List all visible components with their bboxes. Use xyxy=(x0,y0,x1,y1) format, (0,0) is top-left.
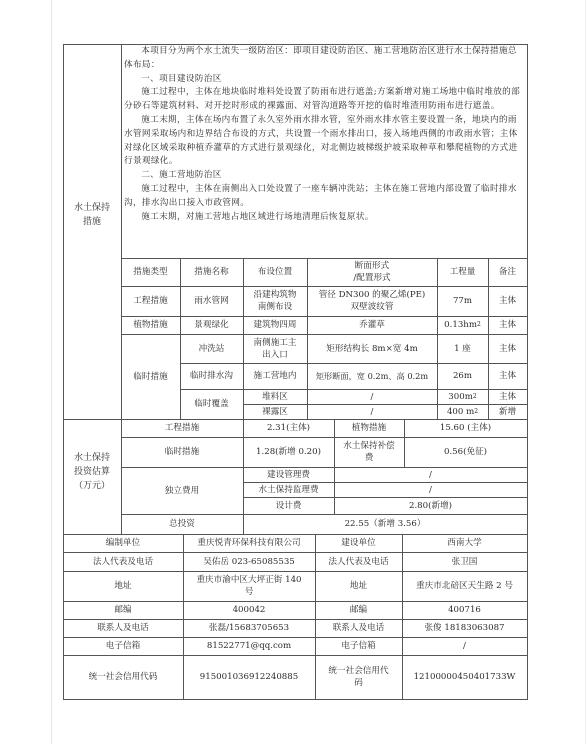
supervision-label: 水土保持监理费 xyxy=(243,482,334,497)
row3-location-line-2: 出入口 xyxy=(262,349,288,361)
row3-location: 南侧施工主 出入口 xyxy=(243,334,307,363)
page-left-edge xyxy=(51,0,52,744)
supervision-value: / xyxy=(334,482,527,497)
preparer-legal-rep-label: 法人代表及电话 xyxy=(63,552,183,571)
compensation-label: 水土保持补偿 费 xyxy=(334,437,404,467)
row3-location-line-1: 南侧施工主 xyxy=(254,337,297,349)
row1-name: 雨水管网 xyxy=(180,286,243,316)
total-label: 总投资 xyxy=(121,514,243,534)
preparer-address-value: 重庆市渝中区大坪正街 140 号 xyxy=(183,571,315,601)
engineering-value: 2.31(主体) xyxy=(243,419,334,437)
measures-description: 本项目分为两个水土流失一级防治区：即项目建设防治区、施工营地防治区进行水土保持措… xyxy=(124,45,522,224)
row3-quantity: 1 座 xyxy=(437,334,488,363)
paragraph-project-construction: 施工过程中，主体在地块临时堆料处设置了防雨布进行遮盖;方案新增对施工场地中临时堆… xyxy=(124,86,522,114)
preparer-postcode-value: 400042 xyxy=(183,601,315,619)
paragraph-heading-project-zone: 一、项目建设防治区 xyxy=(124,73,522,87)
row6-note: 新增 xyxy=(488,404,527,419)
row4-name: 临时排水沟 xyxy=(180,363,243,389)
preparer-credit-code-value: 915001036912240885 xyxy=(183,655,315,699)
temporary-value: 1.28(新增 0.20) xyxy=(243,437,334,467)
construction-management-value: / xyxy=(334,467,527,482)
paragraph-camp-construction: 施工过程中，主体在南侧出入口处设置了一座车辆冲洗站；主体在施工营地内部设置了临时… xyxy=(124,183,522,211)
row1-section-line-1: 管径 DN300 的聚乙烯(PE) xyxy=(319,289,426,301)
row2-type: 植物措施 xyxy=(121,316,180,334)
row5-name: 临时覆盖 xyxy=(180,389,243,419)
row1-note: 主体 xyxy=(488,286,527,316)
page-right-edge xyxy=(585,0,586,744)
row6-quantity-value: 400 m xyxy=(447,406,474,418)
header-note: 备注 xyxy=(488,258,527,286)
header-measure-type: 措施类型 xyxy=(121,258,180,286)
header-location: 布设位置 xyxy=(243,258,307,286)
row1-location-line-1: 沿建构筑物 xyxy=(254,289,297,301)
paragraph-heading-camp-zone: 二、施工营地防治区 xyxy=(124,169,522,183)
temporary-label: 临时措施 xyxy=(121,437,243,467)
row2-quantity-value: 0.13hm xyxy=(444,319,477,331)
investment-label-line-3: （万元） xyxy=(74,479,110,493)
preparer-email-label: 电子信箱 xyxy=(63,637,183,655)
plant-value: 15.60 (主体) xyxy=(404,419,527,437)
row6-section: / xyxy=(307,404,437,419)
builder-address-value: 重庆市北碚区天生路 2 号 xyxy=(402,571,527,601)
row3-note: 主体 xyxy=(488,334,527,363)
independent-label: 独立费用 xyxy=(121,467,243,514)
row1-location: 沿建构筑物 南侧布设 xyxy=(243,286,307,316)
builder-legal-rep-value: 张卫国 xyxy=(402,552,527,571)
row6-quantity: 400 m2 xyxy=(437,404,488,419)
builder-email-value: / xyxy=(402,637,527,655)
row5-note: 主体 xyxy=(488,389,527,404)
builder-label: 建设单位 xyxy=(315,534,402,552)
paragraph-camp-final: 施工末期，对施工营地占地区域进行场地清理后恢复原状。 xyxy=(124,211,522,225)
row1-location-line-2: 南侧布设 xyxy=(258,301,292,313)
engineering-label: 工程措施 xyxy=(121,419,243,437)
row-label-line-1: 水土保持 xyxy=(74,201,110,215)
builder-postcode-value: 400716 xyxy=(402,601,527,619)
header-section-form: 断面形式 /配置形式 xyxy=(307,258,437,286)
builder-credit-code-value: 12100000450401733W xyxy=(402,655,527,699)
design-fee-label: 设计费 xyxy=(243,497,334,514)
header-quantity: 工程量 xyxy=(437,258,488,286)
design-fee-value: 2.80(新增) xyxy=(334,497,527,514)
row2-quantity: 0.13hm2 xyxy=(437,316,488,334)
paragraph-overview: 本项目分为两个水土流失一级防治区：即项目建设防治区、施工营地防治区进行水土保持措… xyxy=(124,45,522,73)
preparer-contact-label: 联系人及电话 xyxy=(63,619,183,637)
builder-value: 西南大学 xyxy=(402,534,527,552)
compensation-value: 0.56(免征) xyxy=(404,437,527,467)
header-section-line-1: 断面形式 xyxy=(355,260,389,272)
row1-section-line-2: 双壁波纹管 xyxy=(351,301,394,313)
paragraph-project-final: 施工末期，主体在场内布置了永久室外雨水排水管，室外雨水排水管主要设置一条，地块内… xyxy=(124,114,522,169)
preparer-label: 编制单位 xyxy=(63,534,183,552)
row2-name: 景观绿化 xyxy=(180,316,243,334)
builder-contact-value: 张俊 18183063087 xyxy=(402,619,527,637)
row3-section: 矩形结构长 8m×宽 4m xyxy=(307,334,437,363)
header-section-line-2: /配置形式 xyxy=(353,272,390,284)
compensation-label-line-1: 水土保持补偿 xyxy=(343,440,395,452)
preparer-postcode-label: 邮编 xyxy=(63,601,183,619)
builder-credit-code-label-line-2: 码 xyxy=(354,677,363,689)
preparer-contact-value: 张磊/15683705653 xyxy=(183,619,315,637)
row4-note: 主体 xyxy=(488,363,527,389)
table-bottom-border xyxy=(63,699,528,700)
row2-location: 建筑物四周 xyxy=(243,316,307,334)
row5-quantity-value: 300m xyxy=(448,391,473,403)
row4-quantity: 26m xyxy=(437,363,488,389)
builder-postcode-label: 邮编 xyxy=(315,601,402,619)
row1-type: 工程措施 xyxy=(121,286,180,316)
row2-section: 乔灌草 xyxy=(307,316,437,334)
row3-type-temporary: 临时措施 xyxy=(121,334,180,419)
row6-location: 裸露区 xyxy=(243,404,307,419)
header-measure-name: 措施名称 xyxy=(180,258,243,286)
row-label-line-2: 措施 xyxy=(83,215,101,229)
row2-note: 主体 xyxy=(488,316,527,334)
preparer-credit-code-label: 统一社会信用代码 xyxy=(63,655,183,699)
builder-address-label: 地址 xyxy=(315,571,402,601)
row5-quantity: 300m2 xyxy=(437,389,488,404)
preparer-value: 重庆悦青环保科技有限公司 xyxy=(183,534,315,552)
row4-section: 矩形断面，宽 0.2m、高 0.2m xyxy=(307,363,437,389)
row4-location: 施工营地内 xyxy=(243,363,307,389)
row1-quantity: 77m xyxy=(437,286,488,316)
total-value: 22.55（新增 3.56） xyxy=(243,514,527,534)
row5-location: 堆料区 xyxy=(243,389,307,404)
builder-contact-label: 联系人及电话 xyxy=(315,619,402,637)
row3-name: 冲洗站 xyxy=(180,334,243,363)
investment-row-label: 水土保持 投资估算 （万元） xyxy=(63,450,121,494)
builder-legal-rep-label: 法人代表及电话 xyxy=(315,552,402,571)
construction-management-label: 建设管理费 xyxy=(243,467,334,482)
builder-email-label: 电子信箱 xyxy=(315,637,402,655)
preparer-address-line-2: 号 xyxy=(245,586,254,598)
preparer-email-value: 81522771@qq.com xyxy=(183,637,315,655)
preparer-address-line-1: 重庆市渝中区大坪正街 140 xyxy=(196,574,301,586)
preparer-address-label: 地址 xyxy=(63,571,183,601)
preparer-legal-rep-value: 吴佑岳 023-65085535 xyxy=(183,552,315,571)
row5-section: / xyxy=(307,389,437,404)
investment-label-line-1: 水土保持 xyxy=(74,451,110,465)
plant-label: 植物措施 xyxy=(334,419,404,437)
row1-section: 管径 DN300 的聚乙烯(PE) 双壁波纹管 xyxy=(307,286,437,316)
compensation-label-line-2: 费 xyxy=(365,452,374,464)
soil-measures-row-label: 水土保持 措施 xyxy=(63,195,121,235)
investment-label-line-2: 投资估算 xyxy=(74,465,110,479)
builder-credit-code-label: 统一社会信用代 码 xyxy=(315,655,402,699)
builder-credit-code-label-line-1: 统一社会信用代 xyxy=(328,665,388,677)
